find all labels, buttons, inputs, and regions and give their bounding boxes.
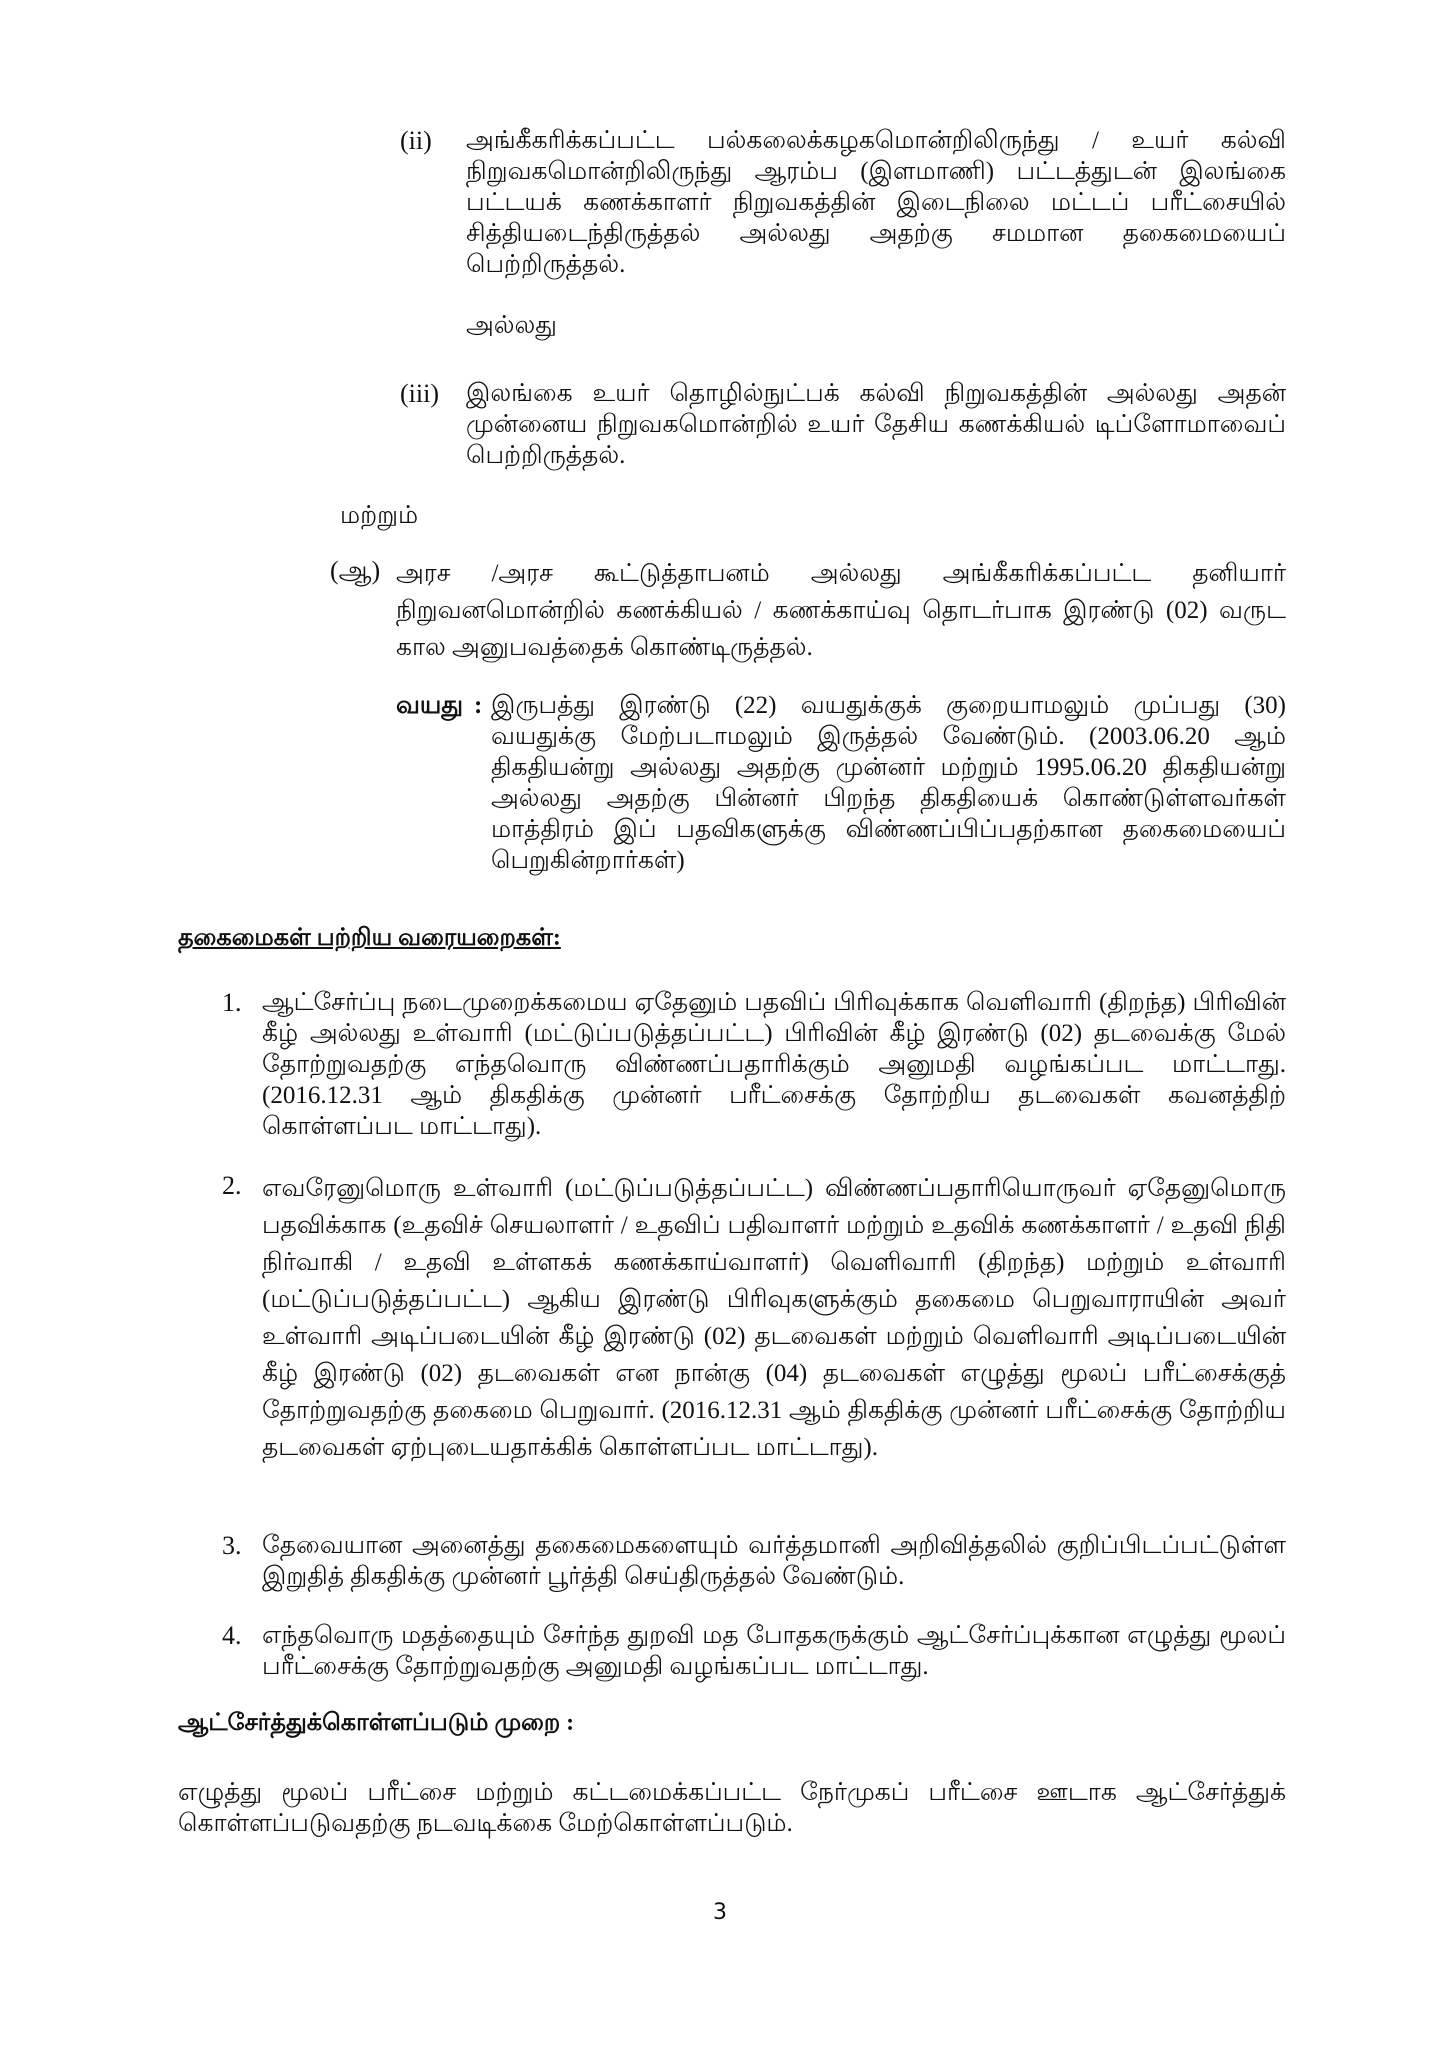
restriction-1-text: ஆட்சேர்ப்பு நடைமுறைக்கமைய ஏதேனும் பதவிப்… — [262, 987, 1286, 1142]
restrictions-heading: தகைமைகள் பற்றிய வரையறைகள்: — [178, 925, 561, 954]
item-ii-text: அங்கீகரிக்கப்பட்ட பல்கலைக்கழகமொன்றிலிருந… — [466, 125, 1286, 280]
and-label: மற்றும் — [340, 500, 418, 531]
item-iii-text: இலங்கை உயர் தொழில்நுட்பக் கல்வி நிறுவகத்… — [466, 378, 1286, 471]
age-separator: : — [474, 690, 482, 721]
page-number: 3 — [713, 1900, 727, 1925]
or-label: அல்லது — [466, 310, 557, 341]
restriction-3-number: 3. — [222, 1530, 242, 1561]
restriction-1-number: 1. — [222, 987, 242, 1018]
item-aa-marker: (ஆ) — [330, 555, 380, 586]
recruitment-text: எழுத்து மூலப் பரீட்சை மற்றும் கட்டமைக்கப… — [178, 1777, 1286, 1839]
age-text: இருபத்து இரண்டு (22) வயதுக்குக் குறையாமல… — [491, 690, 1286, 876]
age-label: வயது — [396, 690, 463, 721]
restriction-2-number: 2. — [222, 1170, 242, 1201]
restriction-4-number: 4. — [222, 1620, 242, 1651]
item-ii-marker: (ii) — [400, 125, 432, 156]
restriction-2-text: எவரேனுமொரு உள்வாரி (மட்டுப்படுத்தப்பட்ட)… — [262, 1170, 1286, 1466]
recruitment-heading: ஆட்சேர்த்துக்கொள்ளப்படும் முறை : — [178, 1710, 574, 1739]
item-iii-marker: (iii) — [400, 378, 439, 409]
item-aa-text: அரச /அரச கூட்டுத்தாபனம் அல்லது அங்கீகரிக… — [396, 555, 1286, 666]
restriction-4-text: எந்தவொரு மதத்தையும் சேர்ந்த துறவி மத போத… — [262, 1620, 1286, 1682]
restriction-3-text: தேவையான அனைத்து தகைமைகளையும் வர்த்தமானி … — [262, 1530, 1286, 1592]
